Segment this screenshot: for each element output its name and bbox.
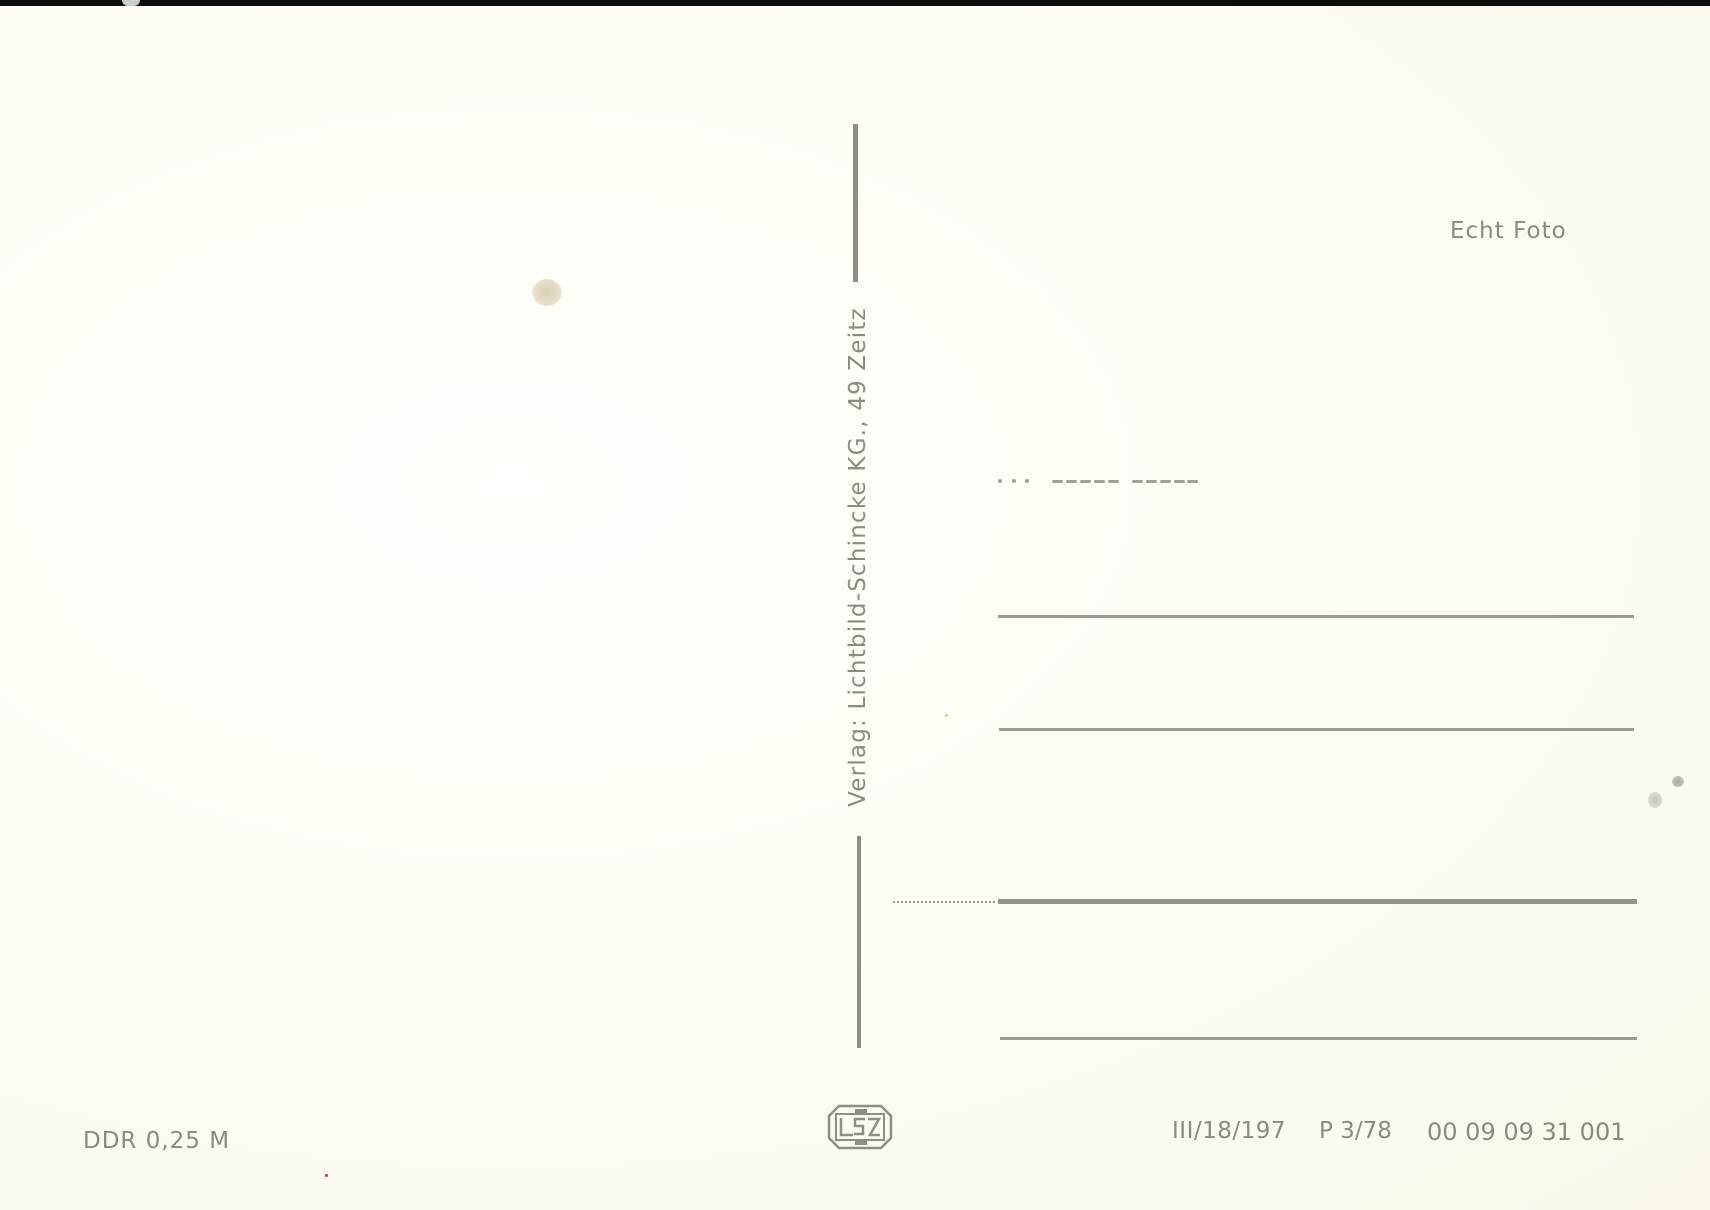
photo-label: Echt Foto bbox=[1450, 218, 1567, 244]
dot bbox=[1025, 479, 1029, 483]
center-divider-bottom bbox=[857, 836, 861, 1048]
address-line-dotted bbox=[998, 479, 1198, 483]
paper-stain bbox=[1648, 792, 1662, 808]
address-line-4 bbox=[1000, 1037, 1637, 1040]
publisher-imprint: Verlag: Lichtbild-Schincke KG., 49 Zeitz bbox=[845, 307, 871, 807]
dash bbox=[1052, 480, 1063, 483]
top-border-strip bbox=[0, 0, 1710, 6]
article-number: 00 09 09 31 001 bbox=[1427, 1118, 1625, 1146]
dash bbox=[1132, 480, 1143, 483]
lsz-publisher-logo-icon bbox=[827, 1104, 893, 1150]
address-line-3 bbox=[998, 899, 1637, 904]
dash bbox=[1080, 480, 1091, 483]
paper-stain bbox=[1672, 776, 1684, 787]
price-label: DDR 0,25 M bbox=[83, 1128, 230, 1154]
paper-stain bbox=[532, 279, 562, 306]
dash bbox=[1108, 480, 1119, 483]
print-run-code: P 3/78 bbox=[1319, 1118, 1392, 1144]
dash bbox=[1174, 480, 1185, 483]
dot bbox=[998, 479, 1002, 483]
dash bbox=[1146, 480, 1157, 483]
dash bbox=[1187, 480, 1198, 483]
dot bbox=[1012, 479, 1016, 483]
dash bbox=[1160, 480, 1171, 483]
dash bbox=[1094, 480, 1105, 483]
paper-speck bbox=[325, 1174, 328, 1177]
postcard-back: Verlag: Lichtbild-Schincke KG., 49 Zeitz… bbox=[0, 0, 1710, 1210]
address-line-1 bbox=[998, 615, 1634, 618]
paper-speck bbox=[945, 714, 948, 717]
center-divider-top bbox=[853, 124, 858, 282]
license-code: III/18/197 bbox=[1172, 1118, 1286, 1144]
address-line-2 bbox=[999, 728, 1634, 731]
dash bbox=[1066, 480, 1077, 483]
address-line-3-dotted-prefix bbox=[893, 901, 995, 903]
top-border-glint bbox=[122, 0, 140, 6]
